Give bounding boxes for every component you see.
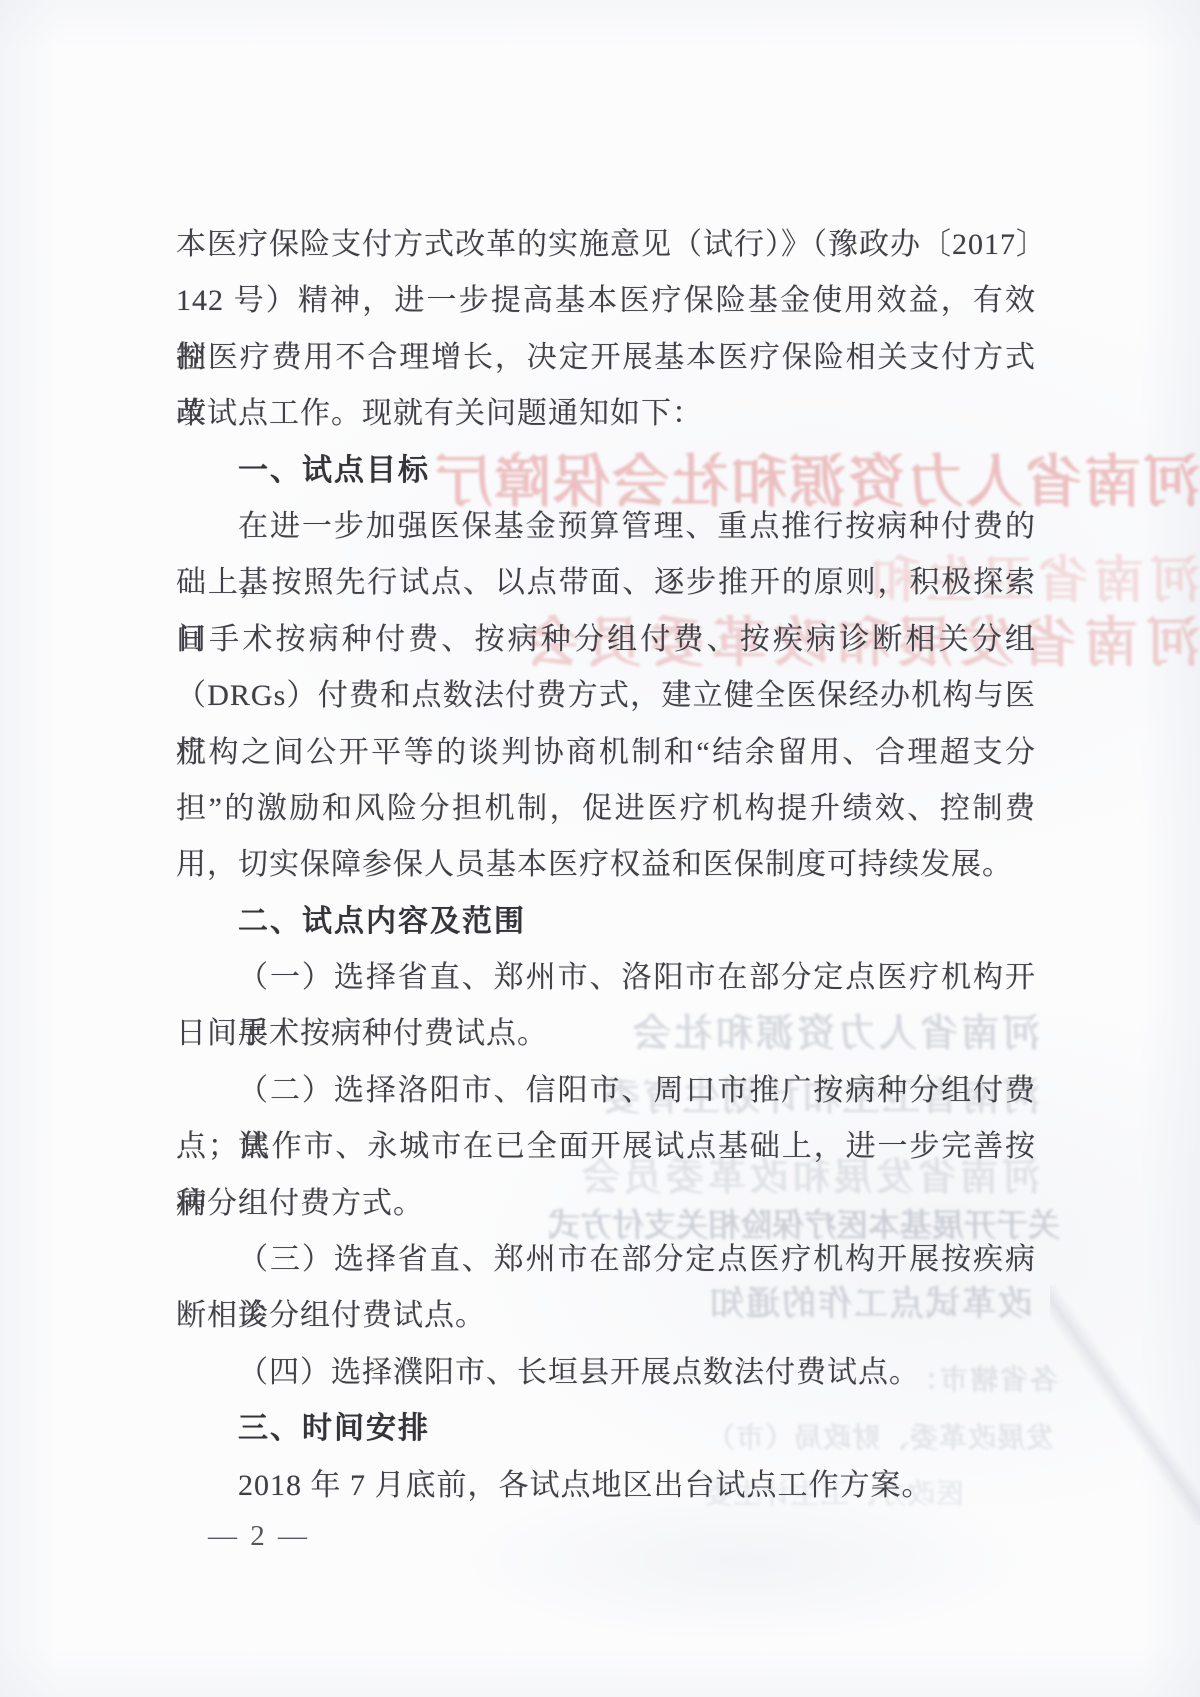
heading-schedule: 三、时间安排 [176, 1401, 1036, 1457]
body-line: 担”的激励和风险分担机制，促进医疗机构提升绩效、控制费 [176, 781, 1036, 837]
body-line: 革试点工作。现就有关问题通知如下： [176, 386, 1036, 442]
body-line: （三）选择省直、郑州市在部分定点医疗机构开展按疾病诊 [176, 1232, 1036, 1288]
body-line: （DRGs）付费和点数法付费方式，建立健全医保经办机构与医疗 [176, 668, 1036, 724]
body-line: 142 号）精神，进一步提高基本医疗保险基金使用效益，有效控 [176, 273, 1036, 329]
body-line: （一）选择省直、郑州市、洛阳市在部分定点医疗机构开展 [176, 950, 1036, 1006]
body-line: 种分组付费方式。 [176, 1176, 1036, 1232]
paper-crease [1050, 1285, 1200, 1525]
heading-pilot-scope: 二、试点内容及范围 [176, 894, 1036, 950]
document-body: 本医疗保险支付方式改革的实施意见（试行）》（豫政办〔2017〕 142 号）精神… [176, 217, 1036, 1514]
body-line: 2018 年 7 月底前，各试点地区出台试点工作方案。 [176, 1458, 1036, 1514]
scanned-document-page: 河南省人力资源和社会保障厅 河南省卫生和 河南省发展和改革委员会 河南省人力资源… [0, 0, 1200, 1697]
body-line: 本医疗保险支付方式改革的实施意见（试行）》（豫政办〔2017〕 [176, 217, 1036, 273]
body-line: 础上，按照先行试点、以点带面、逐步推开的原则，积极探索日 [176, 555, 1036, 611]
body-line: （四）选择濮阳市、长垣县开展点数法付费试点。 [176, 1345, 1036, 1401]
page-number: — 2 — [208, 1520, 310, 1553]
body-line: 日间手术按病种付费试点。 [176, 1006, 1036, 1062]
body-line: （二）选择洛阳市、信阳市、周口市推广按病种分组付费试 [176, 1063, 1036, 1119]
heading-pilot-goals: 一、试点目标 [176, 443, 1036, 499]
body-line: 用，切实保障参保人员基本医疗权益和医保制度可持续发展。 [176, 837, 1036, 893]
body-line: 在进一步加强医保基金预算管理、重点推行按病种付费的基 [176, 499, 1036, 555]
body-line: 制医疗费用不合理增长，决定开展基本医疗保险相关支付方式改 [176, 330, 1036, 386]
body-line: 间手术按病种付费、按病种分组付费、按疾病诊断相关分组 [176, 612, 1036, 668]
body-line: 断相关分组付费试点。 [176, 1288, 1036, 1344]
body-line: 点；焦作市、永城市在已全面开展试点基础上，进一步完善按病 [176, 1119, 1036, 1175]
body-line: 机构之间公开平等的谈判协商机制和“结余留用、合理超支分 [176, 725, 1036, 781]
